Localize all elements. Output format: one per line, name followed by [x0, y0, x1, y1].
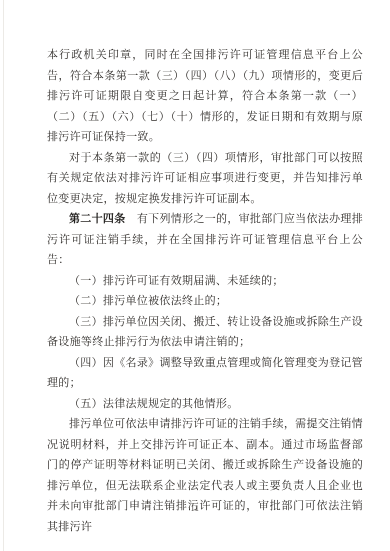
paragraph: 排污单位可依法申请排污许可证的注销手续，需提交注销情况说明材料，并上交排污许可证…: [47, 414, 363, 537]
paragraph: （三）排污单位因关闭、搬迁、转让设备设施或拆除生产设备设施等终止排污行为依法申请…: [47, 312, 363, 353]
paragraph: （五）法律法规规定的其他情形。: [47, 394, 363, 415]
document-body: 本行政机关印章，同时在全国排污许可证管理信息平台上公告，符合本条第一款（三）（四…: [47, 45, 363, 537]
paragraph: （二）排污单位被依法终止的；: [47, 291, 363, 312]
paragraph: 对于本条第一款的（三）（四）项情形，审批部门可以按照有关规定依法对排污许可证相应…: [47, 148, 363, 210]
paragraph: （一）排污许可证有效期届满、未延续的；: [47, 271, 363, 292]
page-number: 11: [0, 503, 390, 515]
paragraph: （四）因《名录》调整导致重点管理或简化管理变为登记管理的；: [47, 353, 363, 394]
scan-edge-line: [3, 0, 4, 551]
paragraph: 第二十四条 有下列情形之一的，审批部门应当依法办理排污许可证注销手续，并在全国排…: [47, 209, 363, 271]
paragraph: 本行政机关印章，同时在全国排污许可证管理信息平台上公告，符合本条第一款（三）（四…: [47, 45, 363, 148]
article-number: 第二十四条: [69, 213, 126, 225]
